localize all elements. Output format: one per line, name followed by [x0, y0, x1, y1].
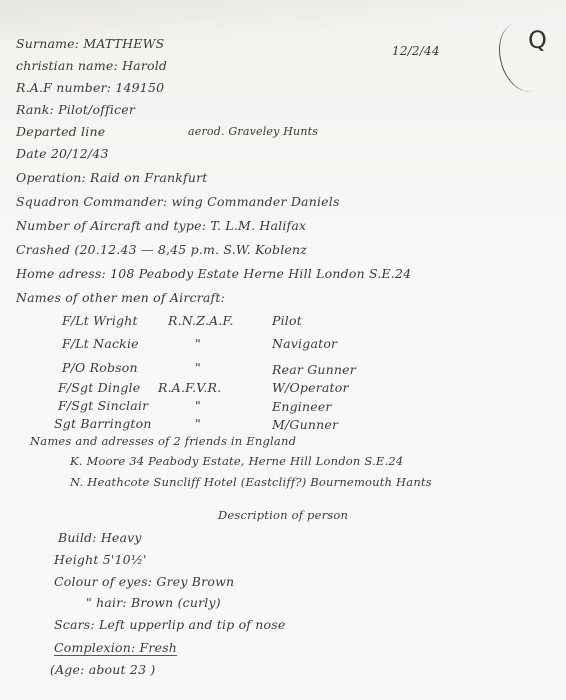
squadron-commander-field: Squadron Commander: wing Commander Danie… [16, 194, 340, 209]
crew-role: Rear Gunner [272, 362, 356, 377]
crew-unit: " [195, 336, 201, 351]
crew-rank-name: F/Sgt Dingle [58, 380, 140, 395]
departed-field: Departed line [16, 124, 105, 139]
height-field: Height 5'10½' [54, 552, 147, 567]
raf-number-field: R.A.F number: 149150 [16, 80, 164, 95]
christian-name-field: christian name: Harold [16, 58, 167, 73]
crew-unit: " [195, 398, 201, 413]
crew-rank-name: P/O Robson [62, 360, 138, 375]
crew-unit: " [195, 360, 201, 375]
crew-role: Engineer [272, 399, 332, 414]
crew-unit: R.A.F.V.R. [158, 380, 221, 395]
departed-place: aerod. Graveley Hunts [188, 125, 318, 138]
crew-role: W/Operator [272, 380, 349, 395]
build-field: Build: Heavy [58, 530, 142, 545]
crew-role: M/Gunner [272, 417, 338, 432]
date-field: Date 20/12/43 [16, 146, 109, 161]
friend-entry: N. Heathcote Suncliff Hotel (Eastcliff?)… [70, 475, 432, 489]
crew-rank-name: F/Lt Wright [62, 313, 138, 328]
paper-crease [0, 0, 566, 40]
crew-rank-name: F/Lt Nackie [62, 336, 139, 351]
rank-field: Rank: Pilot/officer [16, 102, 135, 117]
age-field: (Age: about 23 ) [50, 662, 155, 677]
friends-heading: Names and adresses of 2 friends in Engla… [30, 434, 296, 448]
hair-colour-field: " hair: Brown (curly) [86, 595, 221, 610]
complexion-field: Complexion: Fresh [54, 640, 177, 656]
surname-field: Surname: MATTHEWS [16, 36, 164, 51]
aircraft-field: Number of Aircraft and type: T. L.M. Hal… [16, 218, 306, 233]
description-heading: Description of person [218, 508, 348, 522]
crashed-field: Crashed (20.12.43 — 8,45 p.m. S.W. Koble… [16, 242, 307, 257]
document-date: 12/2/44 [392, 44, 440, 58]
crew-role: Pilot [272, 313, 302, 328]
friend-entry: K. Moore 34 Peabody Estate, Herne Hill L… [70, 454, 403, 468]
crew-rank-name: Sgt Barrington [54, 416, 152, 431]
crew-heading: Names of other men of Aircraft: [16, 290, 225, 305]
home-address-field: Home adress: 108 Peabody Estate Herne Hi… [16, 266, 411, 281]
document-page: 12/2/44 Q Surname: MATTHEWS christian na… [0, 0, 566, 700]
crew-rank-name: F/Sgt Sinclair [58, 398, 148, 413]
crew-unit: R.N.Z.A.F. [168, 313, 234, 328]
q-letter: Q [528, 26, 547, 54]
operation-field: Operation: Raid on Frankfurt [16, 170, 208, 185]
eye-colour-field: Colour of eyes: Grey Brown [54, 574, 234, 589]
crew-unit: " [195, 416, 201, 431]
crew-role: Navigator [272, 336, 337, 351]
q-mark: Q [500, 20, 560, 90]
scars-field: Scars: Left upperlip and tip of nose [54, 617, 286, 632]
